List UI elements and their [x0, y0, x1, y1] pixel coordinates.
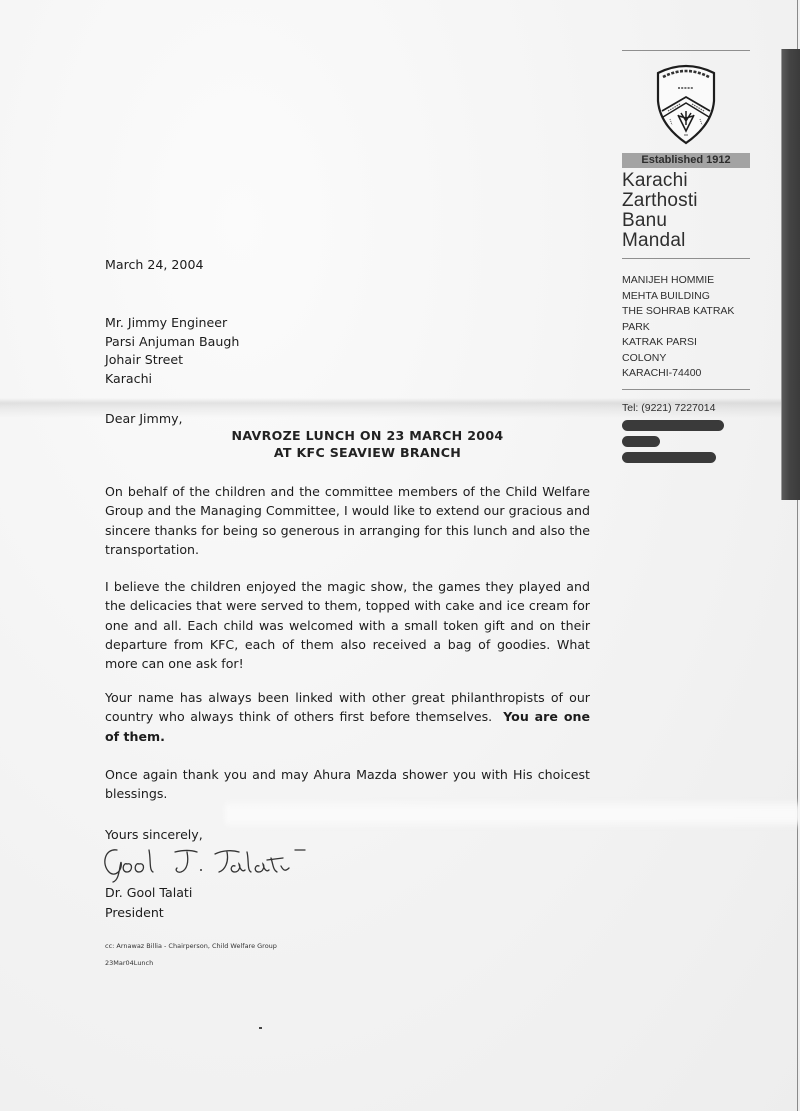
- address-line: KARACHI-74400: [622, 366, 752, 382]
- divider: [622, 389, 750, 390]
- redaction-bar: [622, 452, 716, 463]
- crest-icon: [654, 61, 718, 145]
- letterhead-side-strip: [781, 49, 800, 500]
- paper-speck: [259, 1027, 262, 1029]
- subject-line: AT KFC SEAVIEW BRANCH: [145, 444, 590, 461]
- address-line: KATRAK PARSI: [622, 335, 752, 351]
- org-name-line: Banu: [622, 211, 752, 231]
- redaction-bar: [622, 420, 724, 431]
- recipient-address: Mr. Jimmy Engineer Parsi Anjuman Baugh J…: [105, 314, 239, 388]
- recipient-line: Johair Street: [105, 351, 239, 370]
- cc-line: cc: Arnawaz Billia - Chairperson, Child …: [105, 942, 277, 950]
- address-line: THE SOHRAB KATRAK: [622, 304, 752, 320]
- subject-heading: NAVROZE LUNCH ON 23 MARCH 2004 AT KFC SE…: [105, 427, 590, 461]
- reference-code: 23Mar04Lunch: [105, 959, 153, 967]
- address-line: PARK: [622, 320, 752, 336]
- organization-name: Karachi Zarthosti Banu Mandal: [622, 171, 752, 251]
- paragraph: I believe the children enjoyed the magic…: [105, 577, 590, 673]
- redaction-bar: [622, 436, 660, 447]
- signer-name: Dr. Gool Talati: [105, 883, 192, 903]
- telephone: Tel: (9221) 7227014: [622, 401, 752, 415]
- organization-address: MANIJEH HOMMIE MEHTA BUILDING THE SOHRAB…: [622, 273, 752, 382]
- recipient-line: Karachi: [105, 370, 239, 389]
- handwritten-signature: Gool T. Talati: [99, 840, 309, 884]
- org-name-line: Zarthosti: [622, 191, 752, 211]
- salutation: Dear Jimmy,: [105, 411, 183, 426]
- paragraph: On behalf of the children and the commit…: [105, 482, 590, 559]
- letterhead: Established 1912 Karachi Zarthosti Banu …: [622, 50, 752, 463]
- established-band: Established 1912: [622, 153, 750, 168]
- subject-line: NAVROZE LUNCH ON 23 MARCH 2004: [145, 427, 590, 444]
- address-line: MEHTA BUILDING: [622, 289, 752, 305]
- org-name-line: Karachi: [622, 171, 752, 191]
- recipient-line: Mr. Jimmy Engineer: [105, 314, 239, 333]
- paragraph: Your name has always been linked with ot…: [105, 688, 590, 746]
- paragraph: Once again thank you and may Ahura Mazda…: [105, 765, 590, 804]
- letter-date: March 24, 2004: [105, 257, 203, 272]
- address-line: COLONY: [622, 351, 752, 367]
- signer-title: President: [105, 903, 192, 923]
- divider: [622, 50, 750, 51]
- signer-block: Dr. Gool Talati President: [105, 883, 192, 923]
- address-line: MANIJEH HOMMIE: [622, 273, 752, 289]
- recipient-line: Parsi Anjuman Baugh: [105, 333, 239, 352]
- whiteout-smudge: [225, 799, 800, 829]
- divider: [622, 258, 750, 259]
- org-name-line: Mandal: [622, 231, 752, 251]
